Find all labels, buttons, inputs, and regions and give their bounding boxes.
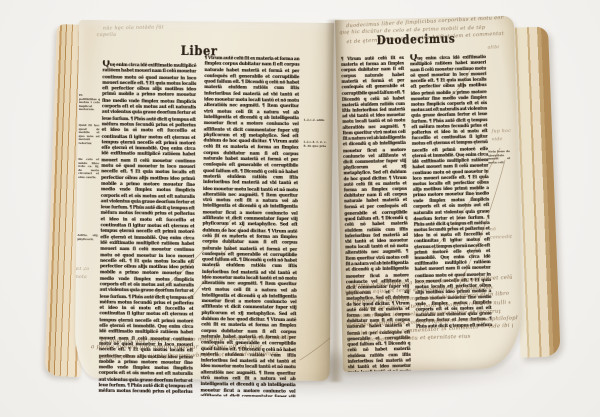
printed-margin-note: De celo et mūdo libro ſcdo ca. iij. de m… bbox=[78, 158, 99, 188]
handwritten-margin-word: nō concedit bbox=[490, 226, 518, 243]
left-page: nūc hęc oīa notāda ſūtcapella Liber Et p… bbox=[75, 20, 334, 381]
right-page-bottom-marginalia: primo q oīa ſimplicia corpora ſunt quinq… bbox=[345, 276, 518, 344]
center-gutter-fold bbox=[326, 20, 344, 382]
handwritten-margin-word: Et 2o nota bbox=[76, 266, 98, 282]
right-page: duodecimus liber de ſimplicibus corporib… bbox=[335, 16, 522, 372]
left-page-top-marginalia: nūc hęc oīa notāda ſūtcapella bbox=[97, 23, 247, 41]
left-page-bottom-marginalia: Et quia oīa quę mouētur ab alio mouentur… bbox=[91, 334, 317, 361]
photo-background: nūc hęc oīa notāda ſūtcapella Liber Et p… bbox=[0, 0, 600, 417]
printed-margin-note: Nota bene de ęternitate mundi et motu ce… bbox=[488, 150, 510, 172]
handwritten-margin-word: alibi bbox=[488, 44, 514, 53]
handwriting-line: capella bbox=[97, 32, 226, 40]
right-page-header: Duodecimus bbox=[335, 32, 496, 49]
handwritten-margin-word: ſup hoc vide bbox=[492, 128, 516, 145]
printed-margin-note: Quid ſit hoc quod dr mobile et quo mōe a… bbox=[78, 124, 99, 150]
printed-margin-note: Et poſſibilitas q motus ī celo implicat … bbox=[79, 94, 100, 116]
printed-margin-note: Ariſto. viij. phyſicorū. bbox=[77, 234, 98, 248]
